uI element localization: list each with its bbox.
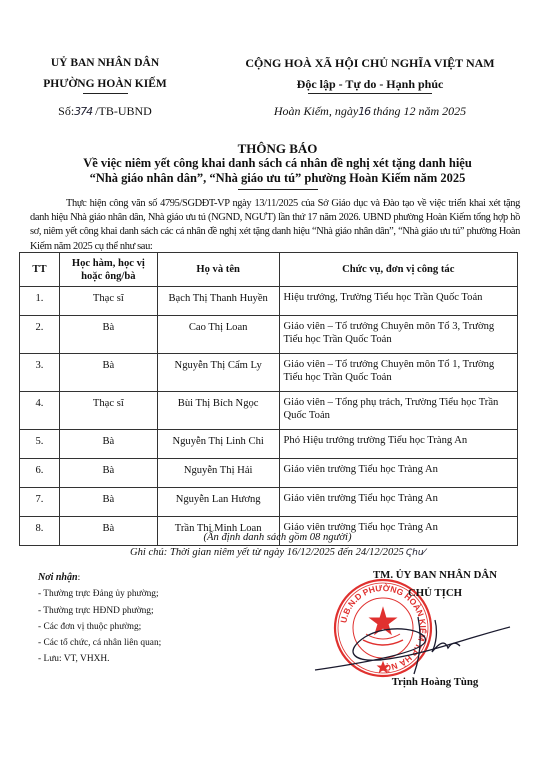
table-row: 6.BàNguyễn Thị HảiGiáo viên trường Tiểu … xyxy=(20,459,518,488)
row-number: 3. xyxy=(20,354,60,392)
recipient-item: - Thường trực Đảng ủy phường; xyxy=(38,586,161,602)
row-number: 5. xyxy=(20,430,60,459)
row-position: Phó Hiệu trưởng trường Tiểu học Tràng An xyxy=(279,430,517,459)
table-row: 4.Thạc sĩBùi Thị Bích NgọcGiáo viên – Tổ… xyxy=(20,392,518,430)
row-name: Bùi Thị Bích Ngọc xyxy=(157,392,279,430)
header-position: Chức vụ, đơn vị công tác xyxy=(279,253,517,287)
national-header-block: CỘNG HOÀ XÃ HỘI CHỦ NGHĨA VIỆT NAM Độc l… xyxy=(205,56,535,119)
row-number: 6. xyxy=(20,459,60,488)
table-row: 1.Thạc sĩBạch Thị Thanh HuyềnHiệu trưởng… xyxy=(20,287,518,316)
header-title: Học hàm, học vị hoặc ông/bà xyxy=(59,253,157,287)
row-position: Giáo viên trường Tiểu học Tràng An xyxy=(279,488,517,517)
row-name: Bạch Thị Thanh Huyền xyxy=(157,287,279,316)
list-count-note: (Ấn định danh sách gồm 08 người) xyxy=(0,532,555,543)
place-date-prefix: Hoàn Kiếm, ngày xyxy=(274,104,358,118)
table-row: 5.BàNguyễn Thị Linh ChiPhó Hiệu trưởng t… xyxy=(20,430,518,459)
agency-name: UỶ BAN NHÂN DÂN xyxy=(20,56,190,77)
row-position: Giáo viên – Tổng phụ trách, Trường Tiểu … xyxy=(279,392,517,430)
row-title: Thạc sĩ xyxy=(59,392,157,430)
document-title-block: THÔNG BÁO Về việc niêm yết công khai dan… xyxy=(0,141,555,190)
signer-on-behalf: TM. ỦY BAN NHÂN DÂN xyxy=(340,568,530,582)
row-title: Bà xyxy=(59,354,157,392)
table-body: 1.Thạc sĩBạch Thị Thanh HuyềnHiệu trưởng… xyxy=(20,287,518,546)
signature-block: TM. ỦY BAN NHÂN DÂN CHỦ TỊCH Trịnh Hoàng… xyxy=(340,568,530,688)
recipient-item: - Các đơn vị thuộc phường; xyxy=(38,619,161,635)
national-motto: Độc lập - Tự do - Hạnh phúc xyxy=(205,77,535,91)
recipients-list: - Thường trực Đảng ủy phường;- Thường tr… xyxy=(38,586,161,667)
row-number: 7. xyxy=(20,488,60,517)
row-title: Bà xyxy=(59,459,157,488)
row-position: Giáo viên – Tổ trưởng Chuyên môn Tổ 1, T… xyxy=(279,354,517,392)
posting-period-note: Ghi chú: Thời gian niêm yết từ ngày 16/1… xyxy=(0,547,555,558)
row-name: Nguyễn Thị Hải xyxy=(157,459,279,488)
document-subject-line-1: Về việc niêm yết công khai danh sách cá … xyxy=(0,156,555,171)
table-header-row: TT Học hàm, học vị hoặc ông/bà Họ và tên… xyxy=(20,253,518,287)
motto-underline xyxy=(308,93,432,94)
document-number-prefix: Số: xyxy=(58,104,74,118)
recipient-item: - Các tổ chức, cá nhân liên quan; xyxy=(38,635,161,651)
signer-role: CHỦ TỊCH xyxy=(340,586,530,600)
document-subject-line-2: “Nhà giáo nhân dân”, “Nhà giáo ưu tú” ph… xyxy=(0,171,555,186)
row-name: Nguyễn Thị Linh Chi xyxy=(157,430,279,459)
initial-signature-icon: Ҁhu⁄ xyxy=(406,548,425,558)
row-position: Giáo viên trường Tiểu học Tràng An xyxy=(279,459,517,488)
recipient-item: - Lưu: VT, VHXH. xyxy=(38,651,161,667)
nation-name: CỘNG HOÀ XÃ HỘI CHỦ NGHĨA VIỆT NAM xyxy=(205,56,535,77)
header-tt: TT xyxy=(20,253,60,287)
place-date: Hoàn Kiếm, ngày16 tháng 12 năm 2025 xyxy=(205,104,535,119)
issuing-agency-block: UỶ BAN NHÂN DÂN PHƯỜNG HOÀN KIẾM Số:374 … xyxy=(20,56,190,119)
day-handwritten: 16 xyxy=(358,105,370,118)
agency-underline xyxy=(83,93,128,94)
signer-name: Trịnh Hoàng Tùng xyxy=(340,676,530,688)
agency-unit: PHƯỜNG HOÀN KIẾM xyxy=(20,77,190,91)
recipients-title: Nơi nhận: xyxy=(38,570,161,586)
row-position: Hiệu trưởng, Trường Tiểu học Trần Quốc T… xyxy=(279,287,517,316)
posting-period-text: Ghi chú: Thời gian niêm yết từ ngày 16/1… xyxy=(130,547,404,558)
row-name: Nguyễn Thị Cẩm Ly xyxy=(157,354,279,392)
row-position: Giáo viên – Tổ trưởng Chuyên môn Tổ 3, T… xyxy=(279,316,517,354)
row-title: Bà xyxy=(59,430,157,459)
row-title: Thạc sĩ xyxy=(59,287,157,316)
document-type: THÔNG BÁO xyxy=(0,141,555,156)
document-number-suffix: /TB-UBND xyxy=(92,104,152,118)
document-number-handwritten: 374 xyxy=(74,105,92,118)
recipients-block: Nơi nhận: - Thường trực Đảng ủy phường;-… xyxy=(38,570,161,668)
place-date-suffix: tháng 12 năm 2025 xyxy=(370,104,466,118)
row-name: Nguyễn Lan Hương xyxy=(157,488,279,517)
row-number: 2. xyxy=(20,316,60,354)
table-row: 2.BàCao Thị LoanGiáo viên – Tổ trưởng Ch… xyxy=(20,316,518,354)
candidate-table: TT Học hàm, học vị hoặc ông/bà Họ và tên… xyxy=(19,252,518,546)
document-number: Số:374 /TB-UBND xyxy=(20,104,190,119)
row-title: Bà xyxy=(59,316,157,354)
title-underline xyxy=(238,189,318,190)
table-row: 3.BàNguyễn Thị Cẩm LyGiáo viên – Tổ trưở… xyxy=(20,354,518,392)
row-name: Cao Thị Loan xyxy=(157,316,279,354)
row-title: Bà xyxy=(59,488,157,517)
header-name: Họ và tên xyxy=(157,253,279,287)
row-number: 4. xyxy=(20,392,60,430)
recipient-item: - Thường trực HĐND phường; xyxy=(38,603,161,619)
intro-paragraph: Thực hiện công văn số 4795/SGDĐT-VP ngày… xyxy=(30,197,520,254)
table-row: 7.BàNguyễn Lan HươngGiáo viên trường Tiể… xyxy=(20,488,518,517)
row-number: 1. xyxy=(20,287,60,316)
